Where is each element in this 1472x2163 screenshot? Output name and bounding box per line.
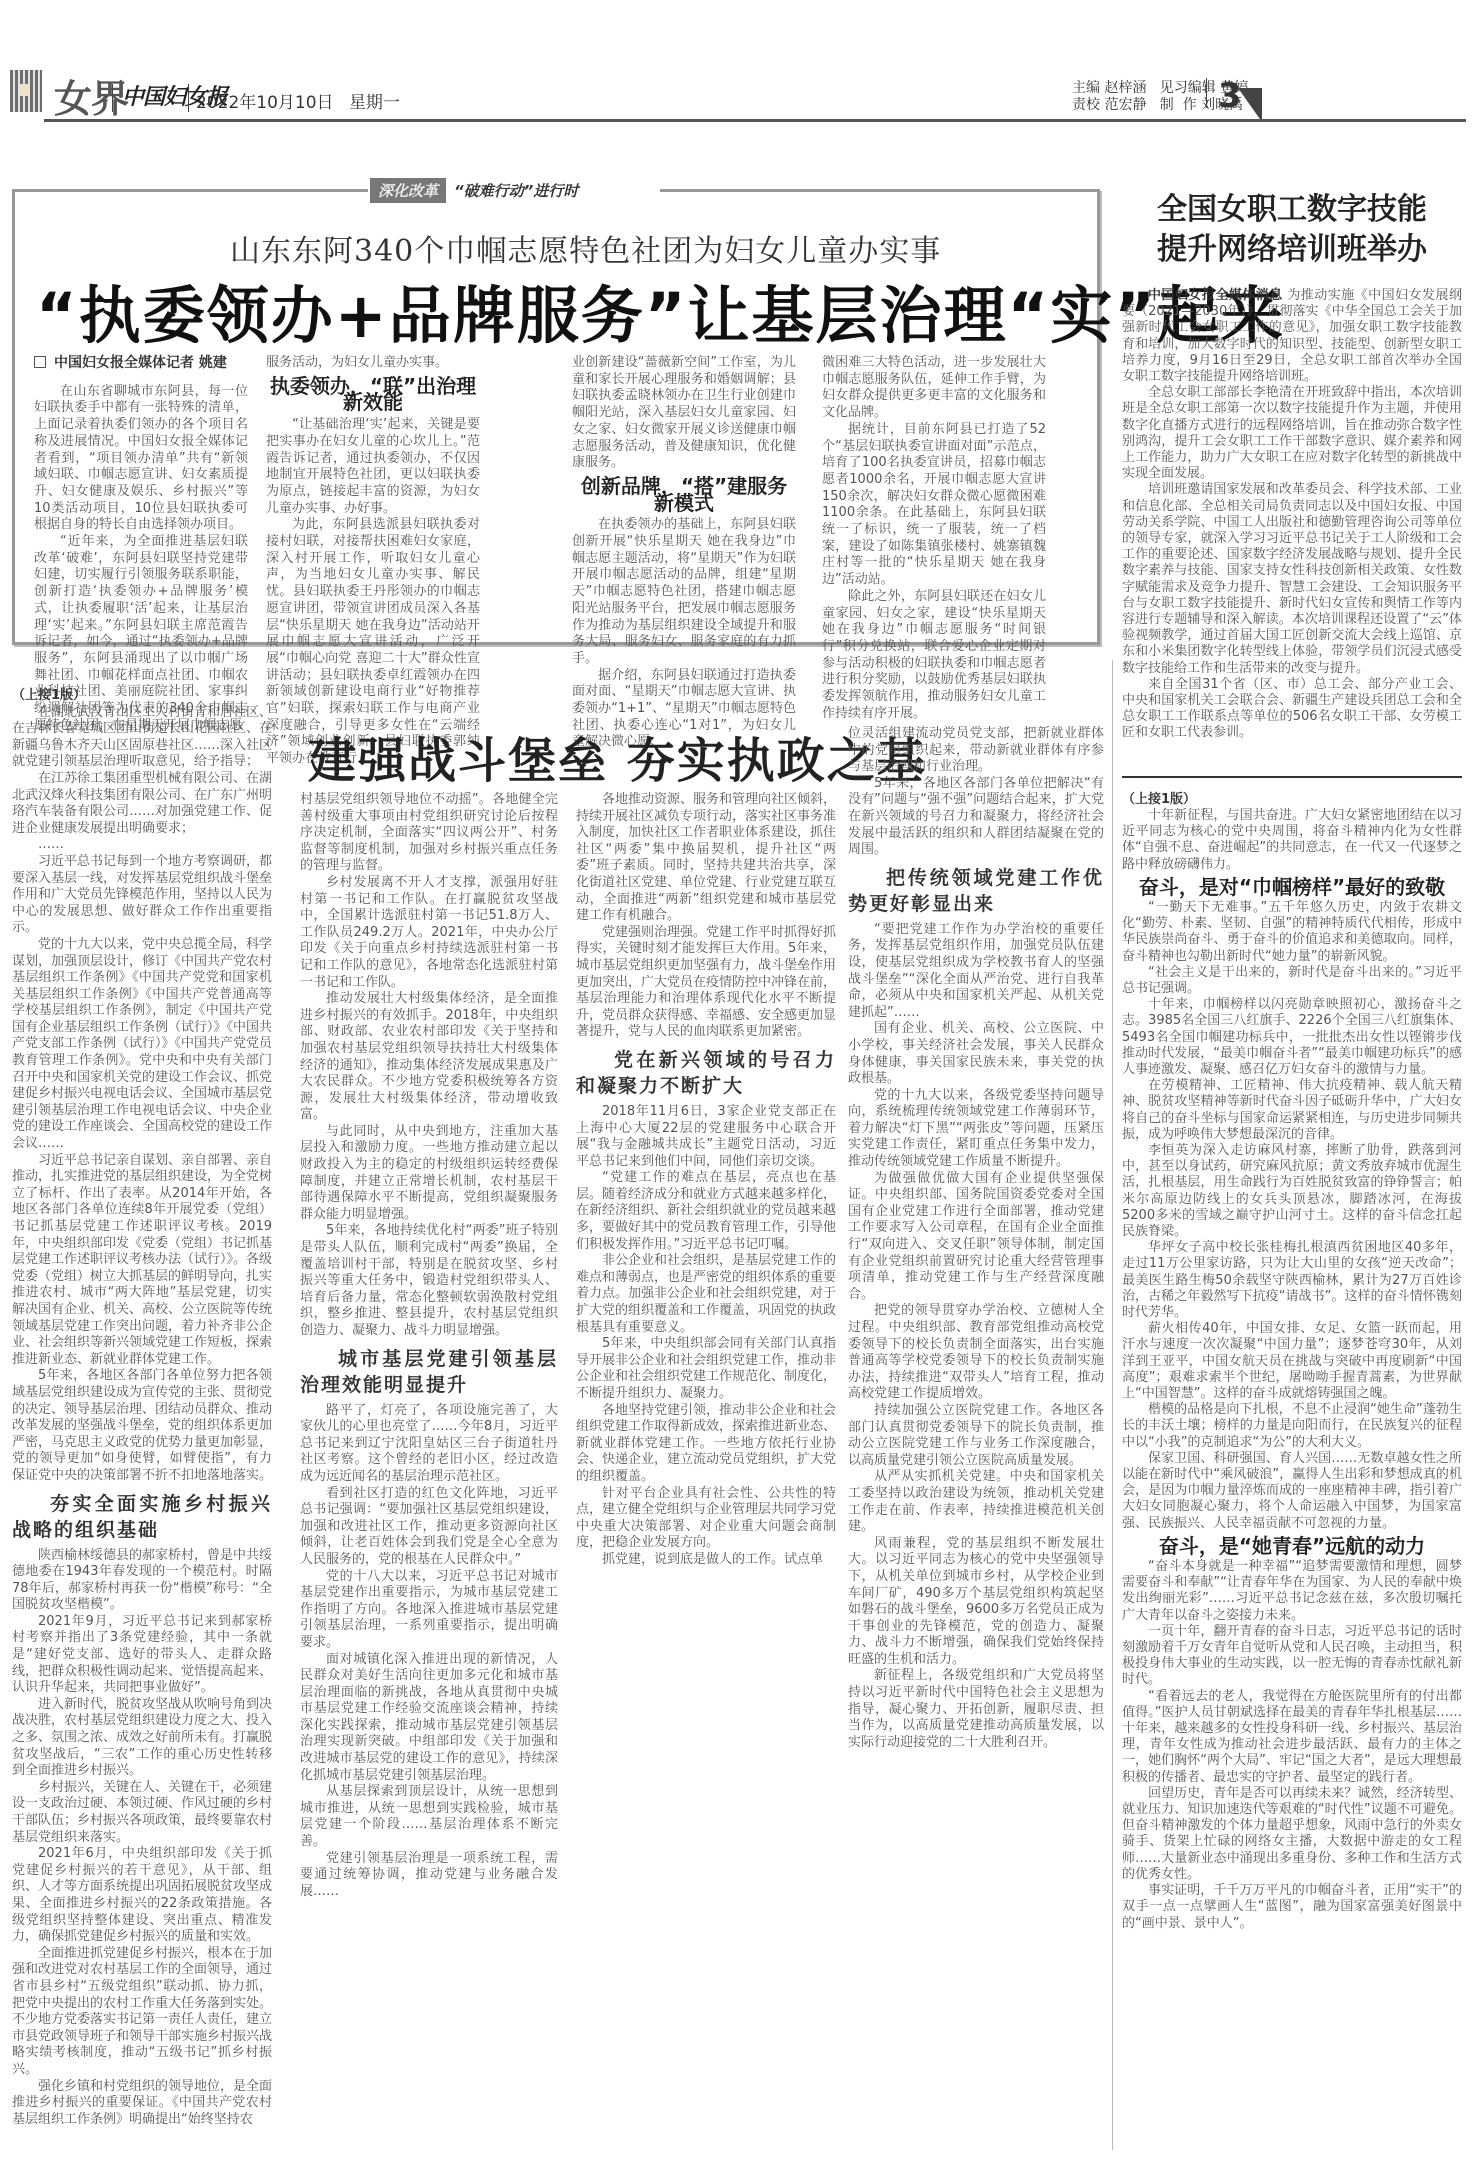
paragraph: “社会主义是干出来的，新时代是奋斗出来的。”习近平总书记强调。	[1122, 965, 1462, 997]
paragraph: 全总女职工部部长李艳清在开班致辞中指出，本次培训班是全总女职工部第一次以数字技能…	[1122, 385, 1462, 482]
square-bullet-icon	[34, 356, 46, 368]
paragraph: 乡村发展离不开人才支撑，派强用好驻村第一书记和工作队。在打赢脱贫攻坚战中，全国累…	[300, 875, 558, 991]
paragraph: 各地坚持党建引领，推动非公企业和社会组织党建工作取得新成效，探索推进新业态、新就…	[576, 1403, 836, 1486]
feature-subhead: 山东东阿340个巾帼志愿特色社团为妇女儿童办实事	[230, 226, 941, 270]
paragraph: 从基层探索到顶层设计，从统一思想到城市推进，从统一思想到实践检验，城市基层党建一…	[300, 1784, 558, 1850]
kicker-tag: 深化改革	[370, 178, 446, 203]
paragraph: 各地推动资源、服务和管理向社区倾斜，持续开展社区减负专项行动，落实社区事务准入制…	[576, 792, 836, 925]
paragraph: 位灵活组建流动党员党支部，把新就业群体中的党员组织起来，带动新就业群体有序参与基…	[848, 726, 1104, 776]
box-border	[660, 189, 1100, 192]
news-source: 中国妇女报全媒体消息	[1148, 288, 1283, 303]
qr-code-icon	[10, 70, 42, 112]
paragraph: 路平了，灯亮了，各项设施完善了，大家伙儿的心里也亮堂了……今年8月，习近平总书记…	[300, 1403, 558, 1486]
section-name: 女界	[54, 68, 128, 123]
paragraph: 陕西榆林绥德县的郝家桥村，曾是中共绥德地委在1943年春发现的一个模范村。时隔7…	[12, 1548, 272, 1614]
paragraph: 薪火相传40年，中国女排、女足、女篮一跃而起，用汗水与速度一次次凝聚“中国力量”…	[1122, 1321, 1462, 1402]
lower-column-2: 村基层党组织领导地位不动摇”。各地健全完善村级重大事项由村党组织研究讨论后按程序…	[300, 792, 558, 1900]
paragraph: 来自全国31个省（区、市）总工会、部分产业工会、中央和国家机关工会联合会、新疆生…	[1122, 677, 1462, 742]
right-column: 全国女职工数字技能 提升网络培训班举办 中国妇女报全媒体消息 为推动实施《中国妇…	[1122, 190, 1462, 1932]
section-heading: 把传统领域党建工作优势更好彰显出来	[848, 865, 1104, 917]
paragraph: 回望历史，青年是否可以再续未来？诚然，经济转型、就业压力、知识加速迭代等艰难的“…	[1122, 1786, 1462, 1883]
section-heading: 执委领办，“联”出治理新效能	[266, 378, 480, 411]
paragraph: 强化乡镇和村党组织的领导地位，是全面推进乡村振兴的重要保证。《中国共产党农村基层…	[12, 2079, 272, 2129]
title-line: 提升网络培训班举办	[1122, 230, 1462, 270]
paragraph: 推动发展壮大村级集体经济，是全面推进乡村振兴的有效抓手。2018年，中央组织部、…	[300, 991, 558, 1124]
page-flag-icon	[1238, 88, 1262, 122]
paragraph: 全面推进抓党建促乡村振兴，根本在于加强和改进党对农村基层工作的全面领导，通过省市…	[12, 1946, 272, 2079]
paragraph: 中国妇女报全媒体消息 为推动实施《中国妇女发展纲要（2021—2030年）》，贯…	[1122, 288, 1462, 385]
paragraph: 除此之外，东阿县妇联还在妇女儿童家园、妇女之家，建设“快乐星期天 她在我身边”巾…	[822, 589, 1046, 723]
article-divider	[1122, 776, 1462, 778]
feature-headline: “执委领办+品牌服务”让基层治理“实”起来	[36, 266, 1285, 355]
paragraph: ……	[12, 837, 272, 854]
feature-column-4: 微困难三大特色活动，进一步发展壮大巾帼志愿服务队伍，延伸工作手臂，为妇女群众提供…	[822, 355, 1046, 722]
paragraph: 在劳模精神、工匠精神、伟大抗疫精神、载人航天精神、脱贫攻坚精神等新时代奋斗因子砥…	[1122, 1078, 1462, 1143]
paragraph: 非公企业和社会组织，是基层党建工作的难点和薄弱点，也是严密党的组织体系的重要着力…	[576, 1253, 836, 1336]
lower-column-3: 各地推动资源、服务和管理向社区倾斜，持续开展社区减负专项行动，落实社区事务准入制…	[576, 792, 836, 1569]
paragraph: 抓党建，说到底是做人的工作。试点单	[576, 1552, 836, 1569]
paragraph: 事实证明，千千万万平凡的巾帼奋斗者，正用“实干”的双手一点一点擘画人生“蓝图”，…	[1122, 1883, 1462, 1932]
paragraph: 在湖北武汉青山区工人村街青和居社区、在吉林长春宽城区团山街道长山花园社区、在新疆…	[12, 705, 272, 771]
kicker-text: “破难行动”进行时	[454, 180, 578, 201]
box-border	[12, 189, 368, 192]
paragraph: 党的十八大以来，习近平总书记对城市基层党建作出重要指示，为城市基层党建工作指明了…	[300, 1569, 558, 1652]
paragraph: 针对平台企业具有社会性、公共性的特点，建立健全党组织与企业管理层共同学习党中央重…	[576, 1486, 836, 1552]
masthead-rule	[44, 119, 1466, 122]
paragraph: 党建强则治理强。党建工作平时抓得好抓得实，关键时刻才能发挥巨大作用。5年来，城市…	[576, 925, 836, 1041]
section-heading: 奋斗，是对“巾帼榜样”最好的致敬	[1122, 879, 1462, 895]
feature-column-1: 中国妇女报全媒体记者 姚建 在山东省聊城市东阿县，每一位妇联执委手中都有一张特殊…	[34, 355, 248, 734]
masthead: 女界 中国妇女报 2022年10月10日 星期一 主编 赵梓涵 见习编辑 黄婷 …	[8, 68, 1466, 122]
paragraph: 5年来，中央组织部会同有关部门认真指导开展非公企业和社会组织党建工作，推动非公企…	[576, 1336, 836, 1402]
lower-column-4: 位灵活组建流动党员党支部，把新就业群体中的党员组织起来，带动新就业群体有序参与基…	[848, 726, 1104, 1751]
issue-weekday: 星期一	[349, 93, 400, 113]
paragraph: “党建工作的难点在基层，亮点也在基层。随着经济成分和就业方式越来越多样化，在新经…	[576, 1170, 836, 1253]
paragraph: 服务活动，为妇女儿童办实事。	[266, 355, 480, 372]
paragraph: 华坪女子高中校长张桂梅扎根滇西贫困地区40多年，走过11万公里家访路，只为让大山…	[1122, 1240, 1462, 1321]
paragraph: 2018年11月6日，3家企业党支部正在上海中心大厦22层的党建服务中心联合开展…	[576, 1104, 836, 1170]
issue-date: 2022年10月10日	[196, 93, 334, 113]
paragraph: 党建引领基层治理是一项系统工程，需要通过统筹协调，推动党建与业务融合发展……	[300, 1851, 558, 1901]
section-heading: 夯实全面实施乡村振兴战略的组织基础	[12, 1491, 272, 1543]
paragraph: 保家卫国、科研强国、育人兴国……无数卓越女性之所以能在新时代中“乘风破浪”，赢得…	[1122, 1451, 1462, 1532]
paragraph: 看到社区打造的红色文化阵地，习近平总书记强调：“要加强社区基层党组织建设，加强和…	[300, 1486, 558, 1569]
feature-column-2: 服务活动，为妇女儿童办实事。 执委领办，“联”出治理新效能 “让基础治理‘实’起…	[266, 355, 480, 768]
section-heading: 创新品牌，“搭”建服务新模式	[572, 478, 796, 511]
paragraph: 风雨兼程，党的基层组织不断发展壮大。以习近平同志为核心的党中央坚强领导下，从机关…	[848, 1536, 1104, 1669]
right-article-body: 中国妇女报全媒体消息 为推动实施《中国妇女发展纲要（2021—2030年）》，贯…	[1122, 288, 1462, 742]
section-heading: 党在新兴领域的号召力和凝聚力不断扩大	[576, 1047, 836, 1099]
paragraph: 习近平总书记亲自谋划、亲自部署、亲自推动，扎实推进党的基层组织建设，为全党树立了…	[12, 1153, 272, 1369]
paragraph: “让基础治理‘实’起来，关键是要把实事办在妇女儿童的心坎儿上。”范霞告诉记者，通…	[266, 417, 480, 517]
paragraph: 5年来，各地区各部门各单位努力把各领域基层党组织建设成为宣传党的主张、贯彻党的决…	[12, 1368, 272, 1484]
paragraph: “奋斗本身就是一种幸福”“追梦需要激情和理想，圆梦需要奋斗和奉献”“让青春年华在…	[1122, 1559, 1462, 1624]
paragraph: 新征程上，各级党组织和广大党员将坚持以习近平新时代中国特色社会主义思想为指导，凝…	[848, 1668, 1104, 1751]
section-heading: 奋斗，是“她青春”远航的动力	[1122, 1538, 1462, 1554]
paragraph: 楷模的品格是向下扎根，不息不止浸润“她生命”蓬勃生长的丰沃土壤；榜样的力量是向阳…	[1122, 1402, 1462, 1451]
column-kicker: 深化改革 “破难行动”进行时	[370, 177, 578, 203]
lower-column-1: （上接1版） 在湖北武汉青山区工人村街青和居社区、在吉林长春宽城区团山街道长山花…	[12, 688, 272, 2128]
divider	[1206, 78, 1207, 108]
continued-marker: （上接1版）	[12, 688, 272, 705]
divider	[112, 84, 113, 112]
paragraph: 面对城镇化深入推进出现的新情况，人民群众对美好生活向往更加多元化和城市基层治理面…	[300, 1652, 558, 1785]
paragraph: “看着远去的老人，我觉得在方舱医院里所有的付出都值得。”医护人员甘朝斌选择在最美…	[1122, 1689, 1462, 1786]
paragraph: 在执委领办的基础上，东阿县妇联创新开展“快乐星期天 她在我身边”巾帼志愿主题活动…	[572, 517, 796, 667]
paragraph: 持续加强公立医院党建工作。各地区各部门认真贯彻党委领导下的院长负责制，推动公立医…	[848, 1403, 1104, 1469]
paragraph: 从严从实抓机关党建。中央和国家机关工委坚持以政治建设为统领，推动机关党建工作走在…	[848, 1469, 1104, 1535]
byline-text: 中国妇女报全媒体记者 姚建	[54, 355, 227, 371]
paragraph: 乡村振兴，关键在人、关键在干，必须建设一支政治过硬、本领过硬、作风过硬的乡村干部…	[12, 1780, 272, 1846]
feature-column-3: 业创新建设“蔷薇新空间”工作室，为儿童和家长开展心理服务和婚姻调解；县妇联执委孟…	[572, 355, 796, 751]
paragraph: 一页十年，翻开青春的奋斗日志，习近平总书记的话时刻激励着千万女青年自觉听从党和人…	[1122, 1624, 1462, 1689]
paragraph: 党的十九大以来，各级党委坚持问题导向，系统梳理传统领域党建工作薄弱环节，着力解决…	[848, 1088, 1104, 1171]
paragraph: 微困难三大特色活动，进一步发展壮大巾帼志愿服务队伍，延伸工作手臂，为妇女群众提供…	[822, 355, 1046, 422]
paragraph: 村基层党组织领导地位不动摇”。各地健全完善村级重大事项由村党组织研究讨论后按程序…	[300, 792, 558, 875]
paragraph: 十年来，巾帼榜样以闪亮勋章映照初心，激扬奋斗之志。3985名全国三八红旗手、22…	[1122, 997, 1462, 1078]
section-heading: 城市基层党建引领基层治理效能明显提升	[300, 1346, 558, 1398]
paragraph: “一勤天下无难事。”五千年悠久历史，内敛于农耕文化“勤劳、朴素、坚韧、自强”的精…	[1122, 900, 1462, 965]
paragraph: 李恒英为深入走访麻风村寨，摔断了肋骨，跌落到河中，甚至以身试药，研究麻风抗原；黄…	[1122, 1143, 1462, 1240]
byline: 中国妇女报全媒体记者 姚建	[34, 355, 248, 372]
paragraph: 与此同时，从中央到地方，注重加大基层投入和激励力度。一些地方推动建立起以财政投入…	[300, 1124, 558, 1224]
paragraph: 5年来，各地持续优化村“两委”班子特别是带头人队伍，顺利完成村“两委”换届，全覆…	[300, 1223, 558, 1339]
paragraph: 在山东省聊城市东阿县，每一位妇联执委手中都有一张特殊的清单，上面记录着执委们领办…	[34, 384, 248, 534]
paragraph: 据统计，目前东阿县已打造了52个“基层妇联执委宣讲面对面”示范点，培育了100名…	[822, 422, 1046, 589]
paragraph: 为做强做优做大国有企业提供坚强保证。中央组织部、国务院国资委党委对全国国有企业党…	[848, 1171, 1104, 1304]
paragraph: 在江苏徐工集团重型机械有限公司、在湖北武汉烽火科技集团有限公司、在广东广州明珞汽…	[12, 771, 272, 837]
continued-marker: （上接1版）	[1122, 792, 1462, 808]
paragraph: 国有企业、机关、高校、公立医院、中小学校，事关经济社会发展，事关人民群众身体健康…	[848, 1021, 1104, 1087]
paragraph: 习近平总书记每到一个地方考察调研，都要深入基层一线，对发挥基层党组织战斗堡垒作用…	[12, 854, 272, 937]
paragraph: 5年来，各地区各部门各单位把解决“有没有”问题与“强不强”问题结合起来，扩大党在…	[848, 776, 1104, 859]
paragraph: 业创新建设“蔷薇新空间”工作室，为儿童和家长开展心理服务和婚姻调解；县妇联执委孟…	[572, 355, 796, 472]
lower-article-title: 建强战斗堡垒 夯实执政之基	[308, 722, 927, 791]
paragraph: 培训班邀请国家发展和改革委员会、科学技术部、工业和信息化部、全总相关司局负责同志…	[1122, 482, 1462, 676]
paragraph: 十年新征程，与国共奋进。广大妇女紧密地团结在以习近平同志为核心的党中央周围，将奋…	[1122, 808, 1462, 873]
paragraph: 进入新时代，脱贫攻坚战从吹响号角到决战决胜，农村基层党组织建设力度之大、投入之多…	[12, 1697, 272, 1780]
title-line: 全国女职工数字技能	[1122, 190, 1462, 230]
column-separator	[1112, 660, 1113, 2150]
right-continued-article: （上接1版） 十年新征程，与国共奋进。广大妇女紧密地团结在以习近平同志为核心的党…	[1122, 792, 1462, 1932]
paragraph: 2021年6月，中央组织部印发《关于抓党建促乡村振兴的若干意见》，从干部、组织、…	[12, 1846, 272, 1946]
paragraph: 把党的领导贯穿办学治校、立德树人全过程。中央组织部、教育部党组推动高校党委领导下…	[848, 1303, 1104, 1403]
paragraph: “要把党建工作作为办学治校的重要任务，发挥基层党组织作用，加强党员队伍建设，使基…	[848, 922, 1104, 1022]
right-article-title: 全国女职工数字技能 提升网络培训班举办	[1122, 190, 1462, 270]
divider	[188, 84, 189, 112]
paragraph: 2021年9月，习近平总书记来到郝家桥村考察并指出了3条党建经验，其中一条就是“…	[12, 1614, 272, 1697]
paragraph: 党的十九大以来，党中央总揽全局，科学谋划，加强顶层设计，修订《中国共产党农村基层…	[12, 937, 272, 1153]
date-line: 2022年10月10日 星期一	[196, 88, 400, 113]
